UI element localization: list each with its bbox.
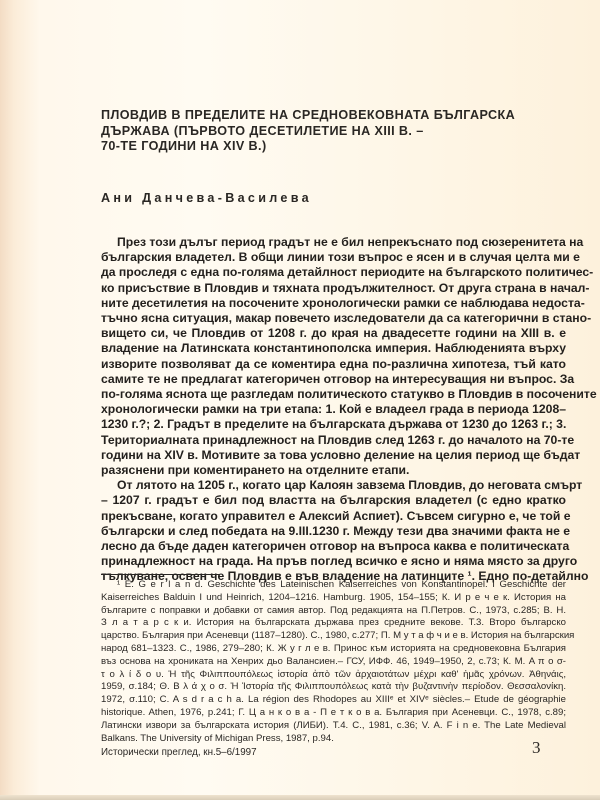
body-line: по-голяма яснота ще разгледам политическ… xyxy=(101,387,566,402)
body-line: През този дълъг период градът не е бил н… xyxy=(101,235,566,250)
body-line: тъчно ясна ситуация, макар повечето изсл… xyxy=(101,311,566,326)
body-line: – 1207 г. градът е бил под властта на бъ… xyxy=(101,493,566,508)
footnote-line: Латински извори за българската история (… xyxy=(101,720,566,733)
body-line: прекъсване, когато управител е Алексий А… xyxy=(101,509,566,524)
document-page: ПЛОВДИВ В ПРЕДЕЛИТЕ НА СРЕДНОВЕКОВНАТА Б… xyxy=(0,0,600,800)
footnote-line: ¹ Е. G e r l a n d. Geschichte des Latei… xyxy=(101,579,566,592)
footnote-line: народ 681–1323. С., 1986, 279–280; К. Ж … xyxy=(101,643,566,656)
footnote-line: 1959, σ.184; Θ. Β λ ά χ ο σ. Ἡ Ἱστορία τ… xyxy=(101,681,566,694)
body-line: българския владетел. В общи линии този в… xyxy=(101,250,566,265)
body-line: ко присъствие в Пловдив и тяхната продъл… xyxy=(101,281,566,296)
article-body: През този дълъг период градът не е бил н… xyxy=(101,235,566,585)
title-line: ПЛОВДИВ В ПРЕДЕЛИТЕ НА СРЕДНОВЕКОВНАТА Б… xyxy=(101,108,551,124)
footnote-line: З л а т а р с к и. История на българскат… xyxy=(101,617,566,630)
body-line: изворите позволяват да се коментира една… xyxy=(101,357,566,372)
footnote-line: въз основа на хрониката на Хенрих дьо Ва… xyxy=(101,656,566,669)
page-number: 3 xyxy=(532,738,541,758)
footnote-line: historique. Athen, 1976, p.241; Г. Ц а н… xyxy=(101,707,566,720)
body-line: владение на Латинската константинополска… xyxy=(101,341,566,356)
title-line: 70-ТЕ ГОДИНИ НА XIV В.) xyxy=(101,139,551,155)
body-line: 1230 г.?; 2. Градът в пределите на бълга… xyxy=(101,417,566,432)
body-line: български и след победата на 9.III.1230 … xyxy=(101,524,566,539)
body-line: Териториалната принадлежност на Пловдив … xyxy=(101,433,566,448)
footnotes: ¹ Е. G e r l a n d. Geschichte des Latei… xyxy=(101,579,566,745)
article-author: Ани Данчева-Василева xyxy=(101,191,312,205)
footnote-line: τ ο λ ί δ ο υ. Ἡ τῆς Φιλιππουπόλεως ἱστο… xyxy=(101,669,566,682)
body-line: От лятото на 1205 г., когато цар Калоян … xyxy=(101,478,566,493)
body-line: вището си, че Пловдив от 1208 г. до края… xyxy=(101,326,566,341)
footnote-divider xyxy=(101,574,219,575)
page-bottom-edge xyxy=(0,795,600,800)
body-line: години на XIV в. Мотивите за това условн… xyxy=(101,448,566,463)
article-title: ПЛОВДИВ В ПРЕДЕЛИТЕ НА СРЕДНОВЕКОВНАТА Б… xyxy=(101,108,551,155)
journal-footer: Исторически преглед, кн.5–6/1997 xyxy=(101,747,257,758)
body-line: самите те не предлагат категоричен отгов… xyxy=(101,372,566,387)
body-line: ните десетилетия на посочените хронологи… xyxy=(101,296,566,311)
footnote-line: 1972, σ.110; C. A s d r a c h a. La régi… xyxy=(101,694,566,707)
body-line: да проследя с една по-голяма детайлност … xyxy=(101,265,566,280)
body-line: лесно да бъде даден категоричен отговор … xyxy=(101,539,566,554)
footnote-line: царство. България при Асеневци (1187–128… xyxy=(101,630,566,643)
body-line: хронологически рамки на три етапа: 1. Ко… xyxy=(101,402,566,417)
footnote-line: Kaiserreiches Balduin I und Heinrich, 12… xyxy=(101,592,566,605)
body-line: принадлежност на града. На пръв поглед в… xyxy=(101,554,566,569)
body-line: разяснени при коментирането на отделните… xyxy=(101,463,566,478)
title-line: ДЪРЖАВА (ПЪРВОТО ДЕСЕТИЛЕТИЕ НА XIII В. … xyxy=(101,124,551,140)
footnote-line: Balkans. The University of Michigan Pres… xyxy=(101,733,566,746)
footnote-line: българите с поправки и добавки от самия … xyxy=(101,605,566,618)
